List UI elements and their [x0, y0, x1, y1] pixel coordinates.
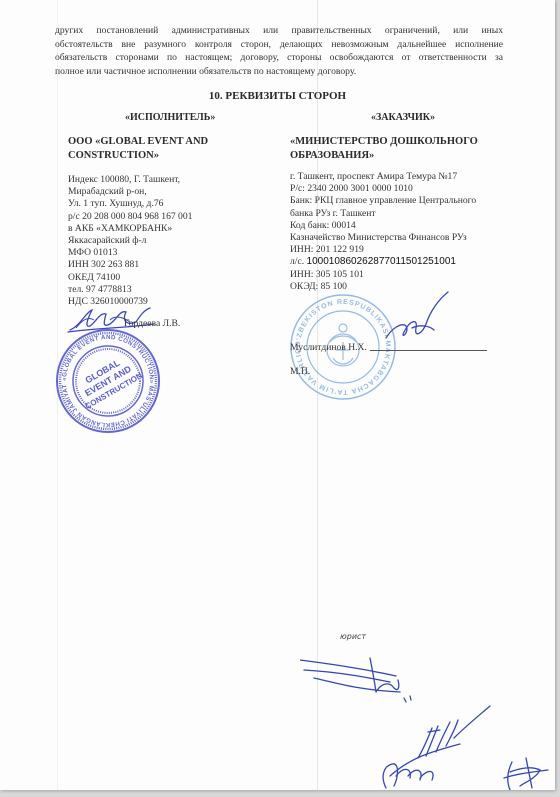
customer-org-name: «МИНИСТЕРСТВО ДОШКОЛЬНОГО ОБРАЗОВАНИЯ» — [290, 135, 478, 163]
detail-line: Код банк: 00014 — [290, 220, 476, 232]
detail-line: Мирабадский р-он, — [68, 186, 192, 198]
personal-account-line: л/с. 100010860262877011501251001 — [290, 256, 476, 268]
customer-heading: «ЗАКАЗЧИК» — [371, 112, 435, 123]
lawyer-label: юрист — [340, 632, 366, 641]
org-name-line: ОБРАЗОВАНИЯ» — [290, 149, 478, 163]
detail-line: Ул. 1 туп. Хушнуд, д.76 — [68, 198, 192, 210]
detail-line: Яккасарайский ф-л — [68, 235, 192, 247]
paragraph-line: полное или частичное исполнении обязател… — [55, 65, 503, 79]
document-page: других постановлений административных ил… — [0, 0, 555, 790]
detail-line: р/с 20 208 000 804 968 167 001 — [68, 211, 192, 223]
signature-line — [370, 350, 487, 351]
account-number: 100010860262877011501251001 — [307, 256, 456, 267]
executor-company-stamp: «GLOBAL EVENT AND CONSTRUCTION» MAS'ULIY… — [54, 327, 162, 435]
detail-line: г. Ташкент, проспект Амира Темура №17 — [290, 171, 476, 183]
detail-line: ИНН: 305 105 101 — [290, 269, 476, 281]
org-name-line: «МИНИСТЕРСТВО ДОШКОЛЬНОГО — [290, 135, 478, 149]
detail-line: в АКБ «ХАМКОРБАНК» — [68, 223, 192, 235]
executor-heading: «ИСПОЛНИТЕЛЬ» — [125, 112, 215, 123]
org-name-line: CONSTRUCTION» — [68, 149, 208, 163]
detail-line: Банк: РКЦ главное управление Центральног… — [290, 195, 476, 207]
paragraph-line: других постановлений административных ил… — [55, 24, 503, 38]
force-majeure-paragraph: других постановлений административных ил… — [55, 24, 503, 78]
detail-line: ИНН 302 263 881 — [68, 259, 192, 271]
executor-org-name: ООО «GLOBAL EVENT AND CONSTRUCTION» — [68, 135, 208, 163]
detail-line: Р/с: 2340 2000 3001 0000 1010 — [290, 183, 476, 195]
executor-details: Индекс 100080, Г. Ташкент, Мирабадский р… — [68, 174, 192, 308]
detail-line: ОКЕД 74100 — [68, 272, 192, 284]
detail-line: тел. 97 4778813 — [68, 284, 192, 296]
customer-signature — [382, 288, 452, 348]
paragraph-line: обязательств сторонами по настоящем; дог… — [55, 51, 503, 65]
section-title: 10. РЕКВИЗИТЫ СТОРОН — [0, 90, 555, 102]
detail-line: МФО 01013 — [68, 247, 192, 259]
detail-line: Индекс 100080, Г. Ташкент, — [68, 174, 192, 186]
approval-signatures — [300, 648, 555, 790]
paragraph-line: обстоятельств вне разумного контроля сто… — [55, 38, 503, 52]
detail-line: Казначейство Министерства Финансов РУз — [290, 232, 476, 244]
seal-label: М.П. — [290, 366, 310, 377]
account-label: л/с. — [290, 256, 304, 267]
customer-signer-name: Муслитдинов Н.Х. — [290, 342, 367, 353]
customer-details: г. Ташкент, проспект Амира Темура №17 Р/… — [290, 171, 476, 293]
detail-line: банка РУз г. Ташкент — [290, 208, 476, 220]
detail-line: ИНН: 201 122 919 — [290, 244, 476, 256]
org-name-line: ООО «GLOBAL EVENT AND — [68, 135, 208, 149]
